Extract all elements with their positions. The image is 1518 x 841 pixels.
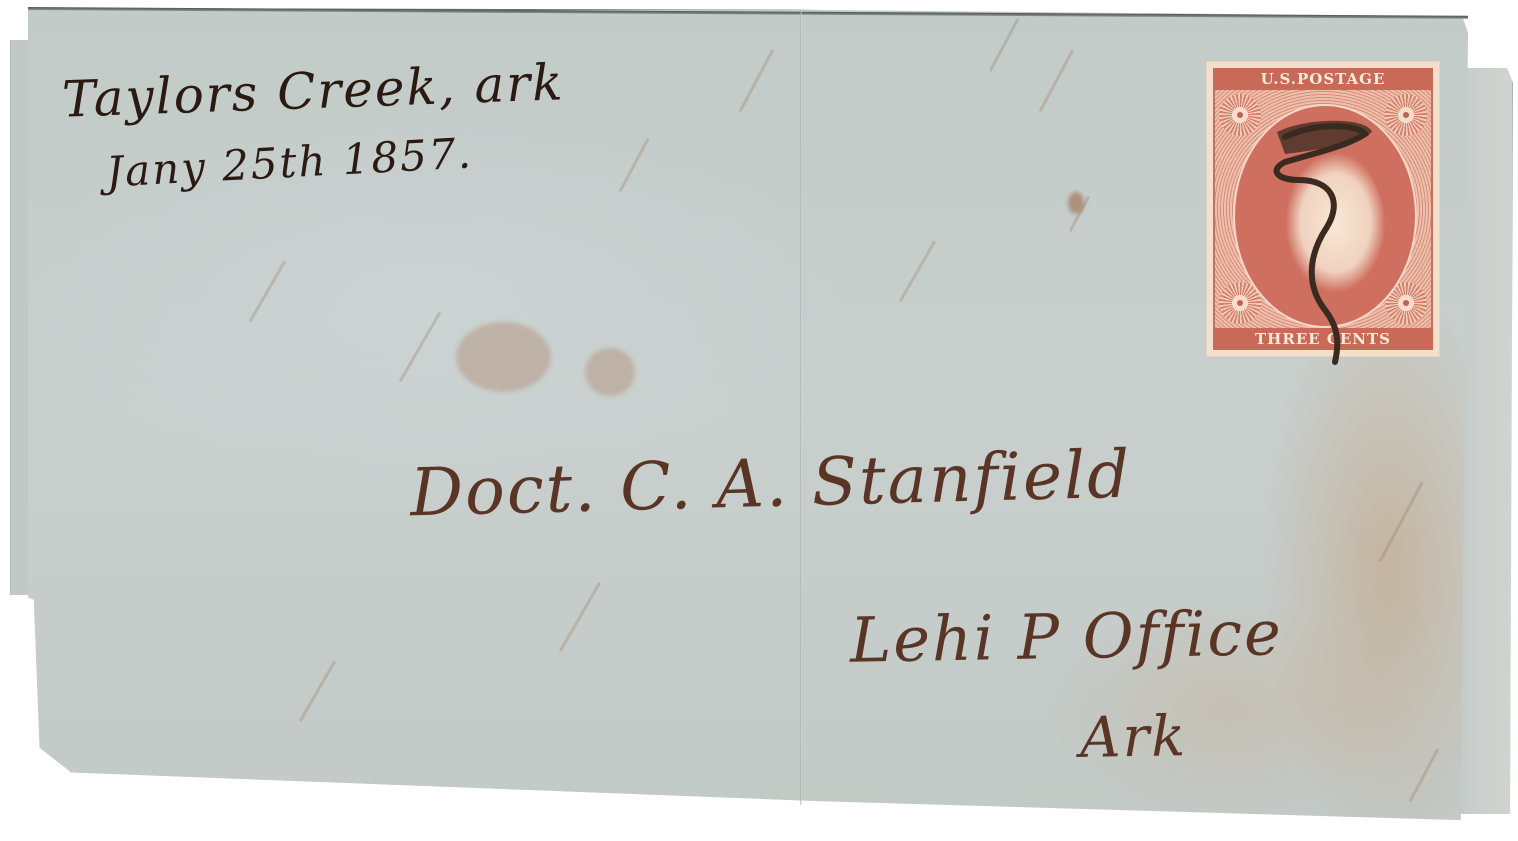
address-state: Ark — [1079, 704, 1187, 771]
center-fold-line — [800, 10, 802, 805]
pen-cancel-squiggle-icon — [1207, 62, 1439, 372]
postage-stamp: U.S.POSTAGE THREE CENTS — [1207, 62, 1439, 356]
address-post-office: Lehi P Office — [849, 596, 1283, 677]
ink-stain-left — [456, 322, 551, 392]
ink-stain-right — [585, 348, 635, 396]
ink-blot — [1068, 192, 1084, 214]
